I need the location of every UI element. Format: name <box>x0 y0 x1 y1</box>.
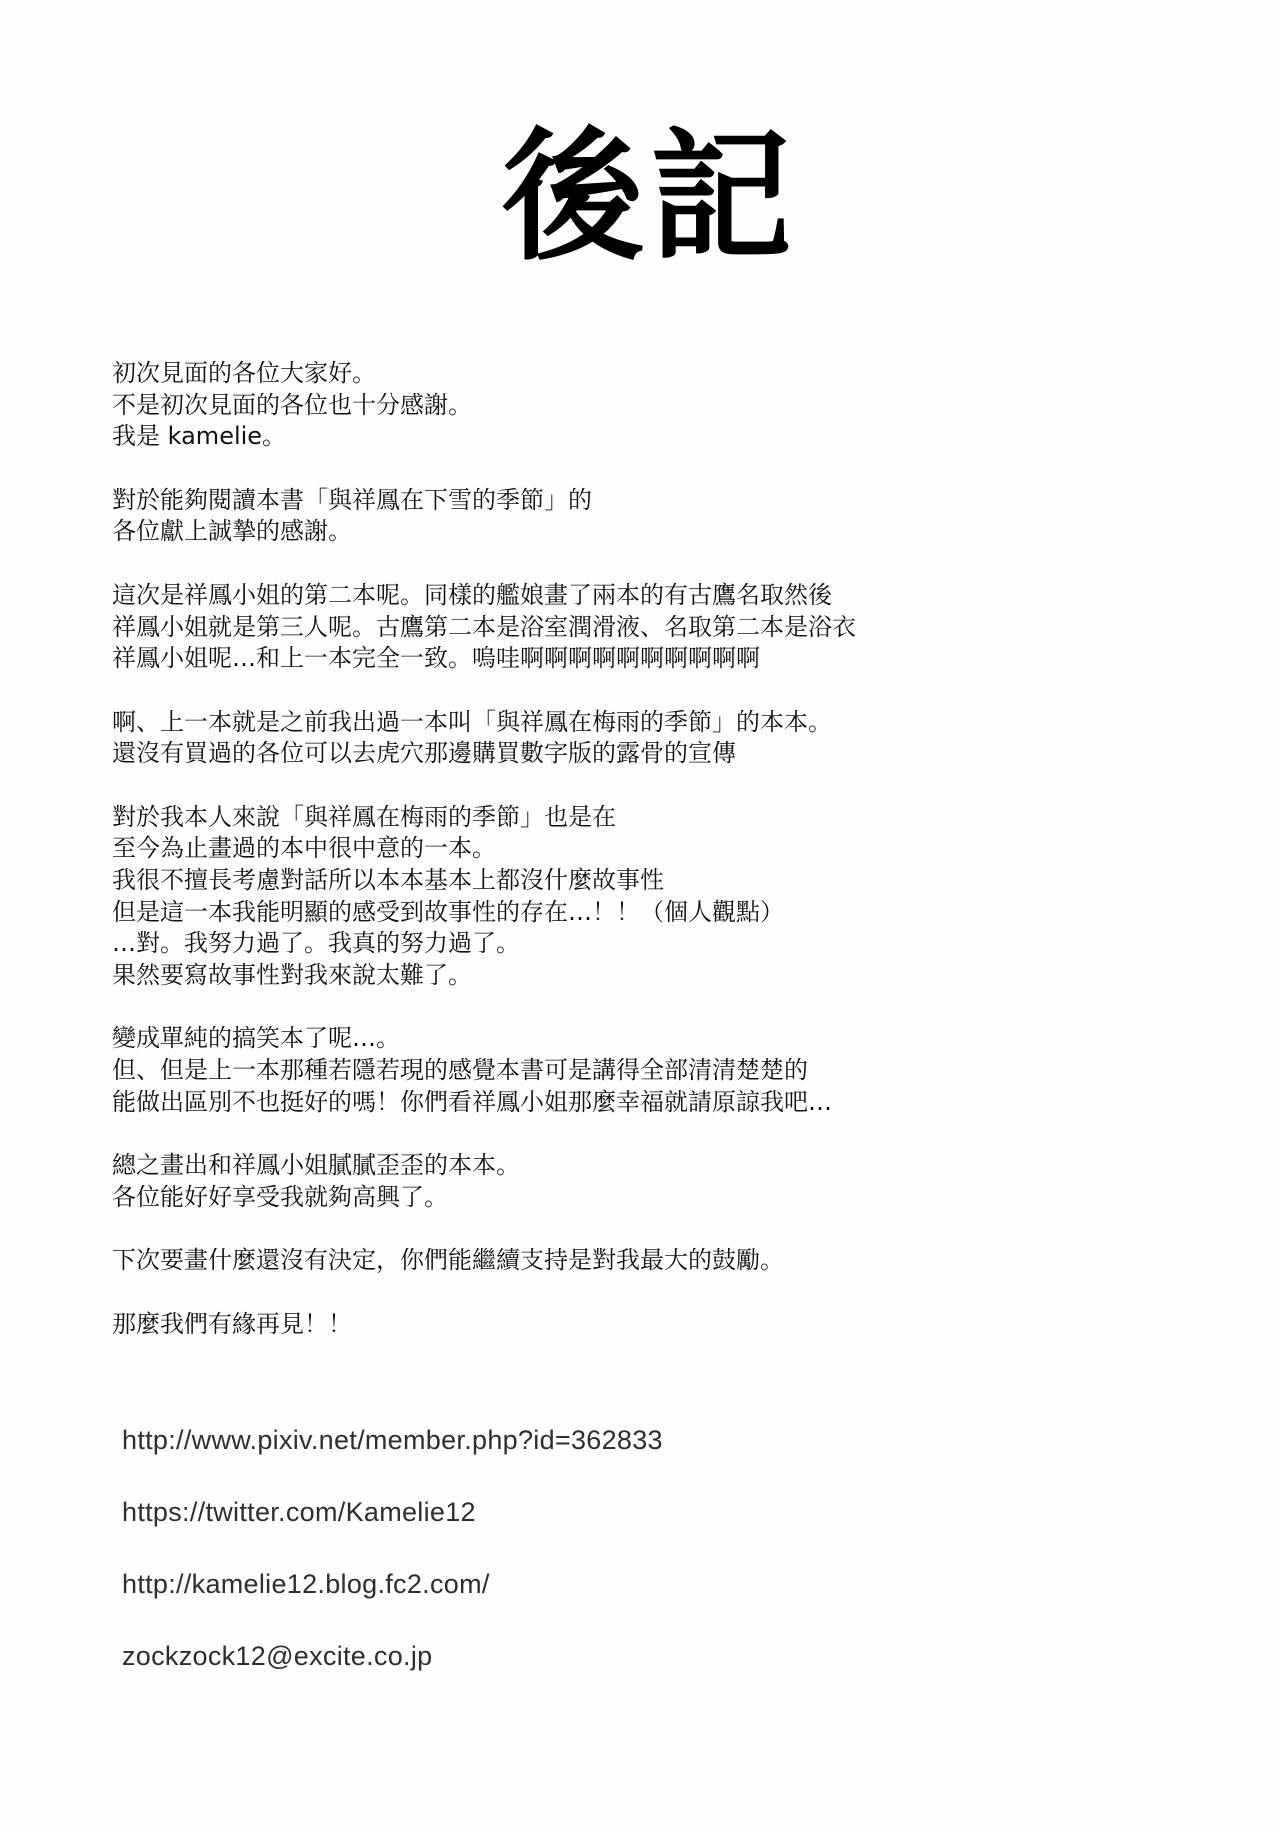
text-line: 那麼我們有緣再見！！ <box>112 1309 1172 1341</box>
paragraph-spacer <box>112 770 1172 802</box>
text-line: 能做出區別不也挺好的嗎！你們看祥鳳小姐那麼幸福就請原諒我吧… <box>112 1087 1172 1119</box>
afterword-body: 初次見面的各位大家好。 不是初次見面的各位也十分感謝。 我是 kamelie。 … <box>112 358 1172 1340</box>
paragraph-spacer <box>112 548 1172 580</box>
text-line: 不是初次見面的各位也十分感謝。 <box>112 390 1172 422</box>
text-line: 果然要寫故事性對我來說太難了。 <box>112 960 1172 992</box>
text-line: 下次要畫什麼還沒有決定，你們能繼續支持是對我最大的鼓勵。 <box>112 1245 1172 1277</box>
text-line: …對。我努力過了。我真的努力過了。 <box>112 928 1172 960</box>
blog-link[interactable]: http://kamelie12.blog.fc2.com/ <box>122 1564 663 1636</box>
email-address[interactable]: zockzock12@excite.co.jp <box>122 1636 663 1708</box>
text-line: 但、但是上一本那種若隱若現的感覺本書可是講得全部清清楚楚的 <box>112 1055 1172 1087</box>
text-line: 各位獻上誠摯的感謝。 <box>112 516 1172 548</box>
text-line: 我是 kamelie。 <box>112 421 1172 453</box>
paragraph-spacer <box>112 675 1172 707</box>
contact-links: http://www.pixiv.net/member.php?id=36283… <box>122 1420 663 1708</box>
text-line: 還沒有買過的各位可以去虎穴那邊購買數字版的露骨的宣傳 <box>112 738 1172 770</box>
text-line: 至今為止畫過的本中很中意的一本。 <box>112 833 1172 865</box>
paragraph-spacer <box>112 1277 1172 1309</box>
text-line: 對於我本人來說「與祥鳳在梅雨的季節」也是在 <box>112 802 1172 834</box>
pixiv-link[interactable]: http://www.pixiv.net/member.php?id=36283… <box>122 1420 663 1492</box>
text-line: 各位能好好享受我就夠高興了。 <box>112 1182 1172 1214</box>
text-line: 對於能夠閱讀本書「與祥鳳在下雪的季節」的 <box>112 485 1172 517</box>
text-line: 祥鳳小姐呢…和上一本完全一致。嗚哇啊啊啊啊啊啊啊啊啊啊 <box>112 643 1172 675</box>
text-line: 總之畫出和祥鳳小姐膩膩歪歪的本本。 <box>112 1150 1172 1182</box>
paragraph-spacer <box>112 1214 1172 1246</box>
paragraph-spacer <box>112 453 1172 485</box>
page-title: 後記 <box>0 118 1280 278</box>
text-line: 啊、上一本就是之前我出過一本叫「與祥鳳在梅雨的季節」的本本。 <box>112 707 1172 739</box>
paragraph-spacer <box>112 992 1172 1024</box>
paragraph-spacer <box>112 1119 1172 1151</box>
text-line: 變成單純的搞笑本了呢…。 <box>112 1023 1172 1055</box>
text-line: 但是這一本我能明顯的感受到故事性的存在…！！（個人觀點） <box>112 897 1172 929</box>
text-line: 這次是祥鳳小姐的第二本呢。同樣的艦娘畫了兩本的有古鷹名取然後 <box>112 580 1172 612</box>
twitter-link[interactable]: https://twitter.com/Kamelie12 <box>122 1492 663 1564</box>
text-line: 初次見面的各位大家好。 <box>112 358 1172 390</box>
text-line: 我很不擅長考慮對話所以本本基本上都沒什麼故事性 <box>112 865 1172 897</box>
text-line: 祥鳳小姐就是第三人呢。古鷹第二本是浴室潤滑液、名取第二本是浴衣 <box>112 612 1172 644</box>
afterword-page: 後記 初次見面的各位大家好。 不是初次見面的各位也十分感謝。 我是 kameli… <box>0 0 1280 1832</box>
